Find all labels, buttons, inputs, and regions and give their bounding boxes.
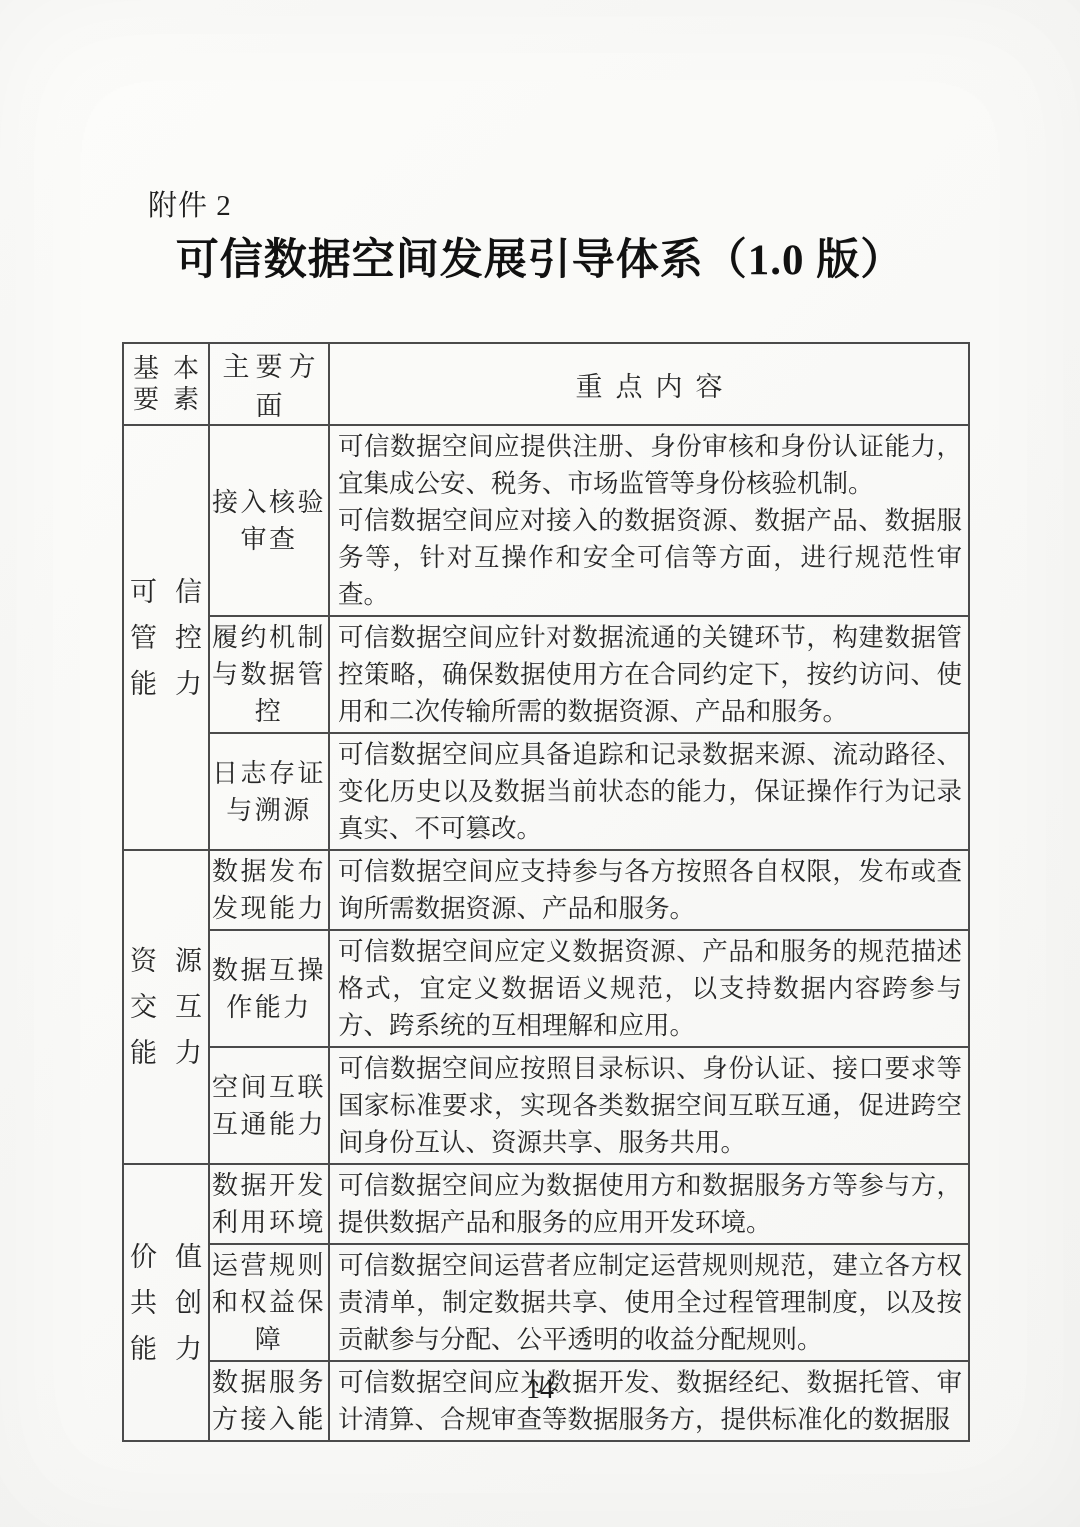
aspect-cell: 日志存证与溯源 — [209, 733, 329, 850]
header-main-aspects: 主要方面 — [209, 343, 329, 425]
content-paragraph: 可信数据空间运营者应制定运营规则规范，建立各方权责清单，制定数据共享、使用全过程… — [338, 1247, 962, 1358]
header-basic-elements: 基本要素 — [123, 343, 209, 425]
content-cell: 可信数据空间应针对数据流通的关键环节，构建数据管控策略，确保数据使用方在合同约定… — [329, 616, 969, 733]
spread-text-line: 资源 — [130, 938, 202, 984]
table-row: 运营规则和权益保障可信数据空间运营者应制定运营规则规范，建立各方权责清单，制定数… — [123, 1244, 969, 1361]
aspect-text-line: 审查 — [210, 521, 328, 558]
content-cell: 可信数据空间应提供注册、身份审核和身份认证能力，宜集成公安、税务、市场监管等身份… — [329, 425, 969, 616]
aspect-text-line: 日志存证 — [210, 755, 328, 792]
content-cell: 可信数据空间运营者应制定运营规则规范，建立各方权责清单，制定数据共享、使用全过程… — [329, 1244, 969, 1361]
table-row: 价值共创能力数据开发利用环境可信数据空间应为数据使用方和数据服务方等参与方，提供… — [123, 1164, 969, 1244]
spread-text-line: 共创 — [130, 1280, 202, 1326]
aspect-text-line: 障 — [210, 1321, 328, 1358]
spread-text-line: 交互 — [130, 984, 202, 1030]
aspect-cell: 接入核验审查 — [209, 425, 329, 616]
table-header-row: 基本要素 主要方面 重点内容 — [123, 343, 969, 425]
content-paragraph: 可信数据空间应定义数据资源、产品和服务的规范描述格式，宜定义数据语义规范，以支持… — [338, 933, 962, 1044]
content-paragraph: 可信数据空间应针对数据流通的关键环节，构建数据管控策略，确保数据使用方在合同约定… — [338, 619, 962, 730]
content-paragraph: 可信数据空间应支持参与各方按照各自权限，发布或查询所需数据资源、产品和服务。 — [338, 853, 962, 927]
aspect-text-line: 数据发布 — [210, 853, 328, 890]
spread-text-line: 价值 — [130, 1234, 202, 1280]
aspect-text-line: 与溯源 — [210, 792, 328, 829]
table-row: 数据互操作能力可信数据空间应定义数据资源、产品和服务的规范描述格式，宜定义数据语… — [123, 930, 969, 1047]
aspect-text-line: 和权益保 — [210, 1284, 328, 1321]
spread-text-line: 能力 — [130, 1030, 202, 1076]
content-cell: 可信数据空间应为数据使用方和数据服务方等参与方，提供数据产品和服务的应用开发环境… — [329, 1164, 969, 1244]
aspect-text-line: 方接入能 — [210, 1401, 328, 1438]
spread-text-line: 管控 — [130, 615, 202, 661]
page-number: 14 — [0, 1374, 1080, 1406]
spread-text-line: 基本 — [133, 353, 199, 384]
aspect-text-line: 利用环境 — [210, 1204, 328, 1241]
spread-text-line: 要素 — [133, 384, 199, 415]
element-cell: 资源交互能力 — [123, 850, 209, 1164]
spread-text-line: 可信 — [130, 569, 202, 615]
spread-text-line: 能力 — [130, 661, 202, 707]
page-title: 可信数据空间发展引导体系（1.0 版） — [0, 226, 1080, 287]
aspect-cell: 数据开发利用环境 — [209, 1164, 329, 1244]
content-cell: 可信数据空间应定义数据资源、产品和服务的规范描述格式，宜定义数据语义规范，以支持… — [329, 930, 969, 1047]
aspect-text-line: 与数据管 — [210, 656, 328, 693]
content-paragraph: 可信数据空间应提供注册、身份审核和身份认证能力，宜集成公安、税务、市场监管等身份… — [338, 428, 962, 502]
table-row: 可信管控能力接入核验审查可信数据空间应提供注册、身份审核和身份认证能力，宜集成公… — [123, 425, 969, 616]
aspect-text-line: 发现能力 — [210, 890, 328, 927]
aspect-text-line: 互通能力 — [210, 1106, 328, 1143]
attachment-label: 附件 2 — [148, 183, 232, 224]
aspect-text-line: 数据互操 — [210, 952, 328, 989]
aspect-text-line: 运营规则 — [210, 1247, 328, 1284]
content-cell: 可信数据空间应支持参与各方按照各自权限，发布或查询所需数据资源、产品和服务。 — [329, 850, 969, 930]
content-cell: 可信数据空间应具备追踪和记录数据来源、流动路径、变化历史以及数据当前状态的能力，… — [329, 733, 969, 850]
spread-text-line: 能力 — [130, 1326, 202, 1372]
table-row: 资源交互能力数据发布发现能力可信数据空间应支持参与各方按照各自权限，发布或查询所… — [123, 850, 969, 930]
aspect-cell: 履约机制与数据管控 — [209, 616, 329, 733]
table-row: 空间互联互通能力可信数据空间应按照目录标识、身份认证、接口要求等国家标准要求，实… — [123, 1047, 969, 1164]
aspect-cell: 数据互操作能力 — [209, 930, 329, 1047]
aspect-cell: 空间互联互通能力 — [209, 1047, 329, 1164]
element-cell: 可信管控能力 — [123, 425, 209, 850]
table-row: 日志存证与溯源可信数据空间应具备追踪和记录数据来源、流动路径、变化历史以及数据当… — [123, 733, 969, 850]
aspect-text-line: 空间互联 — [210, 1069, 328, 1106]
aspect-cell: 运营规则和权益保障 — [209, 1244, 329, 1361]
header-basic-elements-text: 基本要素 — [125, 353, 207, 415]
guidance-table: 基本要素 主要方面 重点内容 可信管控能力接入核验审查可信数据空间应提供注册、身… — [122, 342, 970, 1442]
aspect-text-line: 作能力 — [210, 989, 328, 1026]
aspect-text-line: 履约机制 — [210, 619, 328, 656]
table-row: 履约机制与数据管控可信数据空间应针对数据流通的关键环节，构建数据管控策略，确保数… — [123, 616, 969, 733]
document-page: 附件 2 可信数据空间发展引导体系（1.0 版） 基本要素 主要方面 重点内 — [0, 0, 1080, 1527]
content-paragraph: 可信数据空间应为数据使用方和数据服务方等参与方，提供数据产品和服务的应用开发环境… — [338, 1167, 962, 1241]
header-key-content: 重点内容 — [329, 343, 969, 425]
aspect-text-line: 接入核验 — [210, 484, 328, 521]
content-paragraph: 可信数据空间应按照目录标识、身份认证、接口要求等国家标准要求，实现各类数据空间互… — [338, 1050, 962, 1161]
aspect-text-line: 控 — [210, 693, 328, 730]
content-paragraph: 可信数据空间应具备追踪和记录数据来源、流动路径、变化历史以及数据当前状态的能力，… — [338, 736, 962, 847]
aspect-text-line: 数据开发 — [210, 1167, 328, 1204]
content-cell: 可信数据空间应按照目录标识、身份认证、接口要求等国家标准要求，实现各类数据空间互… — [329, 1047, 969, 1164]
aspect-cell: 数据发布发现能力 — [209, 850, 329, 930]
header-key-content-text: 重点内容 — [576, 365, 736, 404]
header-main-aspects-text: 主要方面 — [211, 345, 333, 423]
content-paragraph: 可信数据空间应对接入的数据资源、数据产品、数据服务等，针对互操作和安全可信等方面… — [338, 502, 962, 613]
